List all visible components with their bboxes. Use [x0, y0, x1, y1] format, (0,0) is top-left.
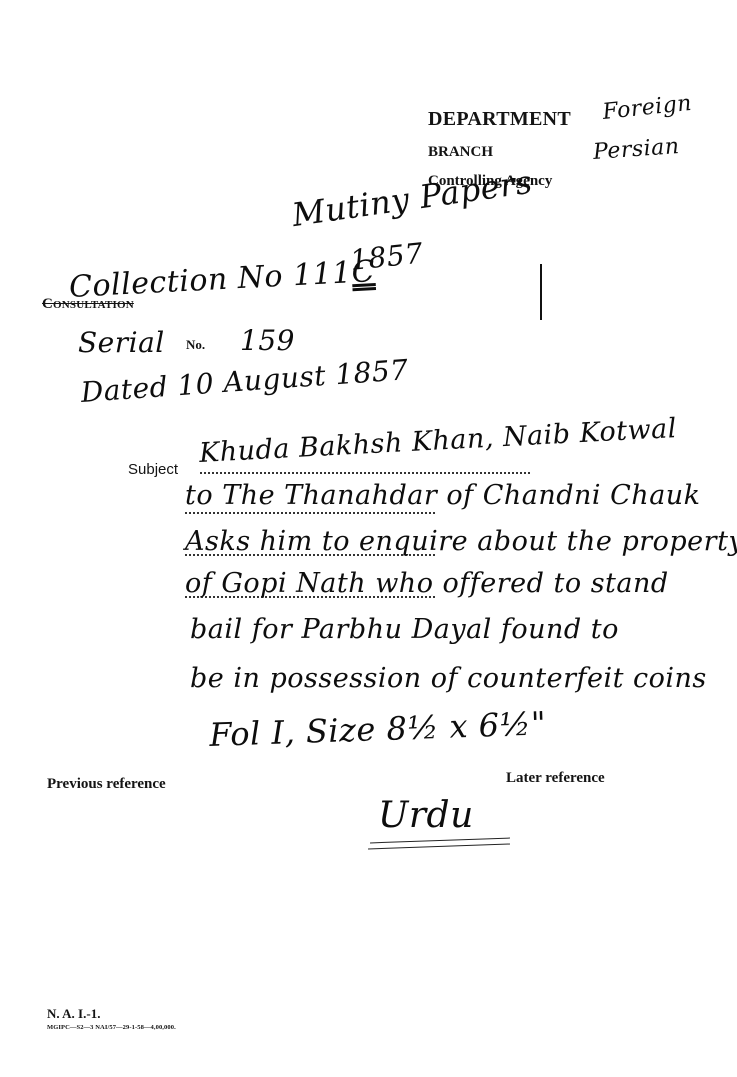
subject-dotted-rule	[185, 512, 435, 514]
later-reference-label: Later reference	[506, 770, 605, 787]
collection-num: 111	[292, 255, 353, 293]
serial-word: Serial	[78, 326, 165, 359]
collection-title: Mutiny Papers	[290, 163, 535, 234]
serial-value: 159	[240, 324, 295, 357]
subject-line: Khuda Bakhsh Khan, Naib Kotwal	[198, 413, 677, 469]
previous-reference-label: Previous reference	[47, 776, 166, 793]
branch-value: Persian	[592, 134, 680, 165]
branch-label: BRANCH	[428, 144, 493, 161]
subject-line: of Gopi Nath who offered to stand	[185, 568, 669, 599]
subject-line: Asks him to enquire about the property	[185, 526, 737, 557]
consultation-label: Consultation	[42, 296, 134, 313]
form-identifier: N. A. I.-1.	[47, 1006, 100, 1022]
subject-dotted-rule	[200, 472, 530, 474]
subject-label: Subject	[128, 461, 178, 478]
margin-stroke	[540, 264, 542, 320]
language-underline	[370, 838, 510, 844]
language-underline	[368, 844, 510, 850]
department-value: Foreign	[601, 91, 693, 125]
folio-size-note: Fol I, Size 8½ x 6½"	[209, 704, 547, 754]
collection-suffix: C	[351, 254, 376, 290]
language-note: Urdu	[378, 795, 474, 836]
serial-no-label: No.	[186, 337, 205, 353]
dated-line: Dated 10 August 1857	[80, 353, 410, 409]
subject-line: bail for Parbhu Dayal found to	[190, 614, 619, 645]
subject-line: be in possession of counterfeit coins	[190, 663, 707, 694]
subject-line: to The Thanahdar of Chandni Chauk	[185, 480, 701, 511]
department-label: DEPARTMENT	[428, 108, 571, 131]
printer-imprint: MGIPC—S2—3 NAI/57—29-1-58—4,00,000.	[47, 1024, 176, 1031]
